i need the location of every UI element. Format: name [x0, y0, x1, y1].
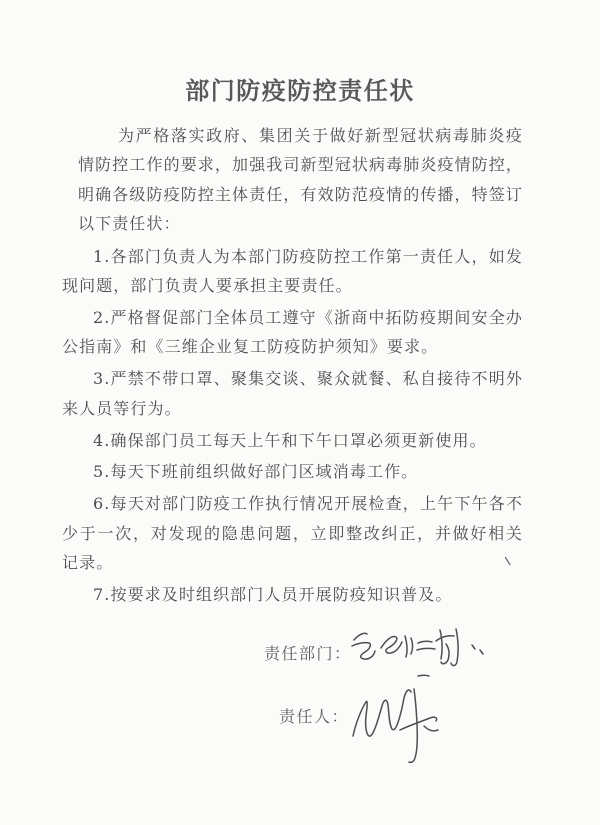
clause-2: 2.严格督促部门全体员工遵守《浙商中拓防疫期间安全办公指南》和《三维企业复工防疫…: [62, 303, 523, 362]
clause-7: 7.按要求及时组织部门人员开展防疫知识普及。: [62, 580, 523, 609]
clause-5: 5.每天下班前组织做好部门区域消毒工作。: [62, 457, 523, 486]
person-label: 责任人：: [279, 704, 349, 727]
clause-1: 1.各部门负责人为本部门防疫防控工作第一责任人，如发现问题，部门负责人要承担主要…: [62, 242, 523, 301]
clause-6: 6.每天对部门防疫工作执行情况开展检查，上午下午各不少于一次，对发现的隐患问题，…: [62, 489, 523, 577]
clause-4: 4.确保部门员工每天上午和下午口罩必须更新使用。: [62, 426, 523, 455]
document-body: 为严格落实政府、集团关于做好新型冠状病毒肺炎疫情防控工作的要求，加强我司新型冠状…: [62, 121, 523, 612]
intro-paragraph: 为严格落实政府、集团关于做好新型冠状病毒肺炎疫情防控工作的要求，加强我司新型冠状…: [62, 121, 523, 239]
scan-speckle: [504, 556, 512, 566]
document-title: 部门防疫防控责任状: [0, 71, 600, 106]
scanned-document-page: 部门防疫防控责任状 为严格落实政府、集团关于做好新型冠状病毒肺炎疫情防控工作的要…: [0, 0, 600, 825]
person-signature-handwriting: [346, 684, 446, 772]
clause-3: 3.严禁不带口罩、聚集交谈、聚众就餐、私自接待不明外来人员等行为。: [62, 364, 523, 423]
